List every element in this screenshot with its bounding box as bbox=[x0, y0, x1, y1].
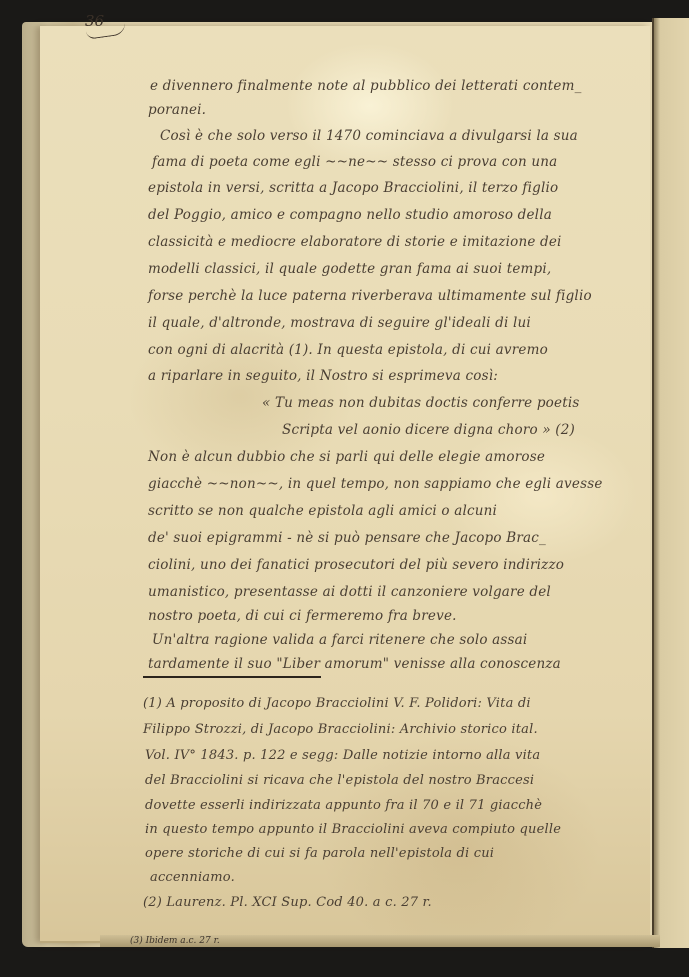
verse-quote-line: « Tu meas non dubitas doctis conferre po… bbox=[262, 395, 579, 411]
body-line: fama di poeta come egli ~~ne~~ stesso ci… bbox=[152, 154, 557, 170]
footnote-line: Vol. IV° 1843. p. 122 e segg: Dalle noti… bbox=[145, 748, 540, 763]
footnote-line: (1) A proposito di Jacopo Bracciolini V.… bbox=[143, 696, 531, 711]
body-line: Così è che solo verso il 1470 cominciava… bbox=[160, 128, 578, 144]
body-line: forse perchè la luce paterna riverberava… bbox=[148, 288, 592, 304]
body-line: ciolini, uno dei fanatici prosecutori de… bbox=[148, 557, 564, 573]
body-line: Un'altra ragione valida a farci ritenere… bbox=[152, 632, 527, 648]
body-line: Non è alcun dubbio che si parli qui dell… bbox=[148, 449, 545, 465]
facing-page-edge bbox=[653, 18, 689, 948]
underlying-page-note: (3) Ibidem a.c. 27 r. bbox=[130, 936, 220, 946]
body-line: poranei. bbox=[148, 102, 206, 118]
body-line: nostro poeta, di cui ci fermeremo fra br… bbox=[148, 608, 457, 624]
footnote-line: accenniamo. bbox=[150, 870, 235, 885]
footnote-line: in questo tempo appunto il Bracciolini a… bbox=[145, 822, 561, 837]
footnote-separator bbox=[143, 676, 321, 678]
body-line: e divennero finalmente note al pubblico … bbox=[150, 78, 582, 94]
footnote-line: (2) Laurenz. Pl. XCI Sup. Cod 40. a c. 2… bbox=[143, 895, 432, 910]
body-line: tardamente il suo "Liber amorum" venisse… bbox=[148, 656, 561, 672]
body-line: con ogni di alacrità (1). In questa epis… bbox=[148, 342, 548, 358]
body-line: modelli classici, il quale godette gran … bbox=[148, 261, 551, 277]
body-line: il quale, d'altronde, mostrava di seguir… bbox=[148, 315, 531, 331]
body-line: scritto se non qualche epistola agli ami… bbox=[148, 503, 497, 519]
body-line: de' suoi epigrammi - nè si può pensare c… bbox=[148, 530, 546, 546]
body-line: a riparlare in seguito, il Nostro si esp… bbox=[148, 368, 498, 384]
footnote-line: opere storiche di cui si fa parola nell'… bbox=[145, 846, 494, 861]
body-line: umanistico, presentasse ai dotti il canz… bbox=[148, 584, 551, 600]
footnote-line: dovette esserli indirizzata appunto fra … bbox=[145, 798, 542, 813]
body-line: giacchè ~~non~~, in quel tempo, non sapp… bbox=[148, 476, 603, 492]
binding-gutter bbox=[652, 18, 654, 948]
body-line: del Poggio, amico e compagno nello studi… bbox=[148, 207, 552, 223]
body-line: classicità e mediocre elaboratore di sto… bbox=[148, 234, 562, 250]
verse-quote-line: Scripta vel aonio dicere digna choro » (… bbox=[282, 422, 575, 438]
body-line: epistola in versi, scritta a Jacopo Brac… bbox=[148, 180, 558, 196]
footnote-line: del Bracciolini si ricava che l'epistola… bbox=[145, 773, 534, 788]
footnote-line: Filippo Strozzi, di Jacopo Bracciolini: … bbox=[143, 722, 538, 737]
